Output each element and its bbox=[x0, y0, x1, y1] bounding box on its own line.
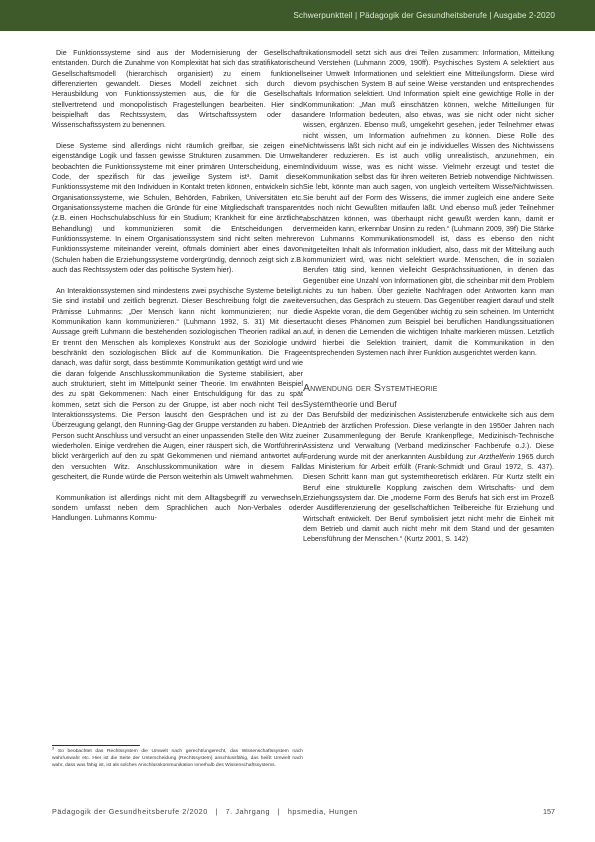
footnote: 3 So beobachtet das Rechtssystem die Umw… bbox=[52, 748, 303, 769]
subsection-heading: Systemtheorie und Beruf bbox=[303, 398, 554, 410]
running-title: Schwerpunktteil | Pädagogik der Gesundhe… bbox=[293, 11, 555, 20]
right-column: nikationsmodell setzt sich aus drei Teil… bbox=[303, 48, 554, 545]
paragraph: Diese Systeme sind allerdings nicht räum… bbox=[52, 141, 303, 275]
left-column: Die Funktionssysteme sind aus der Modern… bbox=[52, 48, 303, 524]
footer-separator: | bbox=[278, 807, 280, 816]
footnote-divider bbox=[52, 745, 140, 746]
publisher: hpsmedia, Hungen bbox=[288, 807, 358, 816]
footnote-text: So beobachtet das Rechtssystem die Umwel… bbox=[52, 749, 303, 768]
journal-name: Pädagogik der Gesundheitsberufe 2/2020 bbox=[52, 807, 208, 816]
emphasis-term: Arzthelferin bbox=[479, 453, 515, 461]
paragraph: nikationsmodell setzt sich aus drei Teil… bbox=[303, 48, 554, 358]
paragraph: Kommunikation ist allerdings nicht mit d… bbox=[52, 493, 303, 524]
header-bar: Schwerpunktteil | Pädagogik der Gesundhe… bbox=[0, 0, 595, 31]
footer-separator: | bbox=[215, 807, 217, 816]
paragraph: Das Berufsbild der medizinischen Assiste… bbox=[303, 410, 554, 544]
paragraph-text: 1965 durch das Ministerium für Arbeit er… bbox=[303, 453, 554, 544]
paragraph: Die Funktionssysteme sind aus der Modern… bbox=[52, 48, 303, 131]
paragraph: An Interaktionssystemen sind mindestens … bbox=[52, 286, 303, 483]
volume: 7. Jahrgang bbox=[226, 807, 271, 816]
section-heading: Anwendung der Systemtheorie bbox=[303, 382, 554, 395]
page-number: 157 bbox=[543, 807, 555, 816]
page-footer: Pädagogik der Gesundheitsberufe 2/2020 |… bbox=[52, 807, 555, 816]
footnote-marker: 3 bbox=[52, 745, 54, 750]
